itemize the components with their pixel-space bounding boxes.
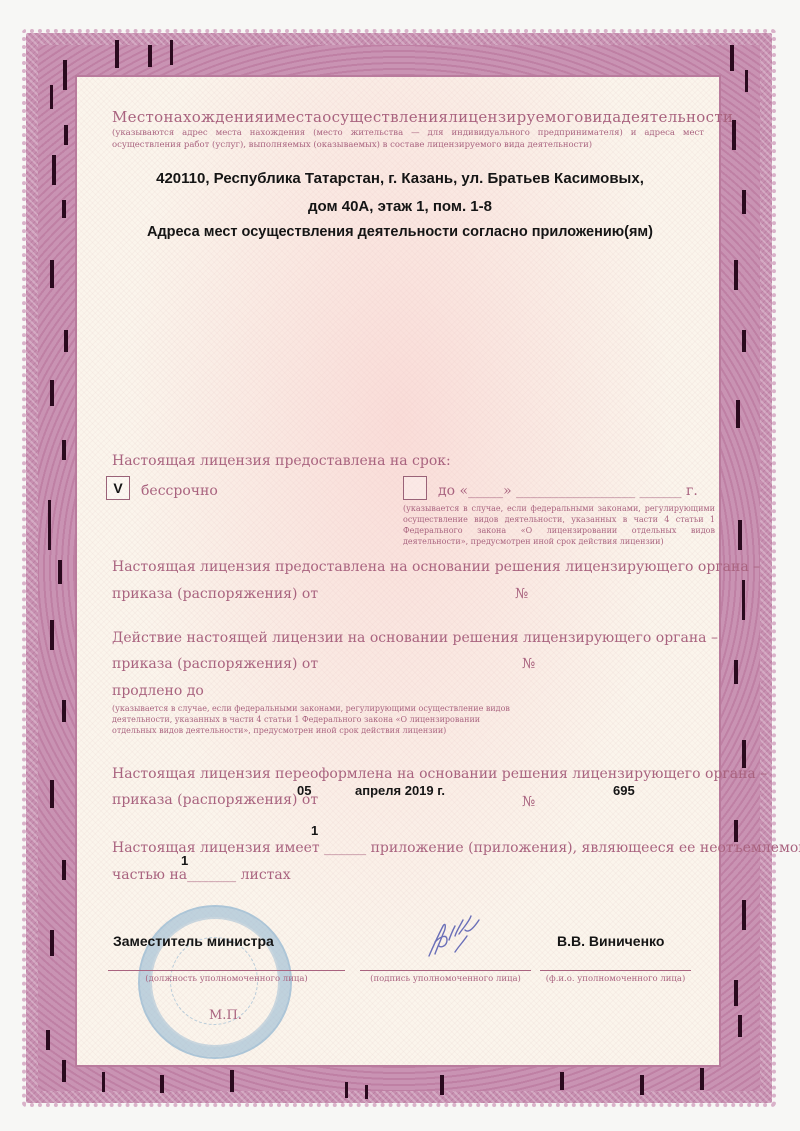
checkmark: V — [113, 480, 122, 496]
sheets-suffix: листах — [241, 867, 291, 883]
indefinite-checkbox[interactable]: V — [106, 476, 130, 500]
heading-word: Место — [112, 108, 163, 126]
term-label: Настоящая лицензия предоставлена на срок… — [112, 453, 451, 469]
granted-number-sign: № — [515, 586, 528, 602]
heading-word: вида — [584, 108, 622, 126]
reissued-day: 05 — [297, 783, 311, 798]
seal-placeholder-label: М.П. — [209, 1008, 242, 1023]
extended-note: (указывается в случае, если федеральными… — [112, 703, 512, 736]
extended-line-2: приказа (распоряжения) от — [112, 656, 318, 672]
signatory-name: В.В. Виниченко — [557, 933, 664, 949]
attachments-suffix: приложение (приложения), являющееся ее н… — [371, 840, 800, 856]
extended-to-label: продлено до — [112, 683, 204, 699]
sheets-count: 1 — [181, 853, 188, 868]
signatory-position: Заместитель министра — [113, 933, 274, 949]
address-line-2: дом 40А, этаж 1, пом. 1-8 — [80, 198, 720, 215]
signature-caption: (подпись уполномоченного лица) — [360, 974, 531, 984]
attachments-blank: ______ — [324, 840, 366, 856]
heading-word: места — [275, 108, 323, 126]
address-line-1: 420110, Республика Татарстан, г. Казань,… — [80, 170, 720, 187]
reissued-line-2: приказа (распоряжения) от — [112, 792, 318, 808]
until-date-label: до «_____» _________________ ______ г. — [438, 483, 698, 499]
heading-word: нахождения — [163, 108, 264, 126]
sheets-blank: _______ — [187, 867, 236, 883]
until-date-checkbox[interactable] — [403, 476, 427, 500]
heading-word: лицензируемого — [448, 108, 583, 126]
indefinite-label: бессрочно — [141, 483, 218, 499]
position-caption: (должность уполномоченного лица) — [108, 974, 345, 984]
sheets-prefix: частью на — [112, 867, 187, 883]
reissued-month-year: апреля 2019 г. — [355, 783, 445, 798]
position-underline — [108, 970, 345, 971]
heading-word: деятельности — [621, 108, 733, 126]
attachments-prefix: Настоящая лицензия имеет — [112, 840, 320, 856]
until-date-note: (указывается в случае, если федеральными… — [403, 503, 715, 547]
heading-word: осуществления — [322, 108, 448, 126]
name-underline — [540, 970, 691, 971]
extended-line-1: Действие настоящей лицензии на основании… — [112, 630, 718, 646]
granted-line-1: Настоящая лицензия предоставлена на осно… — [112, 559, 760, 575]
handwritten-signature — [425, 912, 485, 962]
location-heading-note: (указываются адрес места нахождения (мес… — [112, 127, 704, 151]
heading-word: и — [264, 108, 274, 126]
attachments-line-1: Настоящая лицензия имеет ______ приложен… — [112, 840, 800, 856]
signature-underline — [360, 970, 531, 971]
location-heading: Место нахождения и места осуществления л… — [112, 108, 702, 126]
extended-number-sign: № — [522, 656, 535, 672]
reissued-line-1: Настоящая лицензия переоформлена на осно… — [112, 766, 767, 782]
attachments-line-2: частью на_______ листах — [112, 867, 291, 883]
granted-line-2: приказа (распоряжения) от — [112, 586, 318, 602]
name-caption: (ф.и.о. уполномоченного лица) — [540, 974, 691, 984]
reissued-number: 695 — [613, 783, 635, 798]
reissued-number-sign: № — [522, 794, 535, 810]
address-line-3: Адреса мест осуществления деятельности с… — [80, 224, 720, 240]
attachments-count: 1 — [311, 823, 318, 838]
